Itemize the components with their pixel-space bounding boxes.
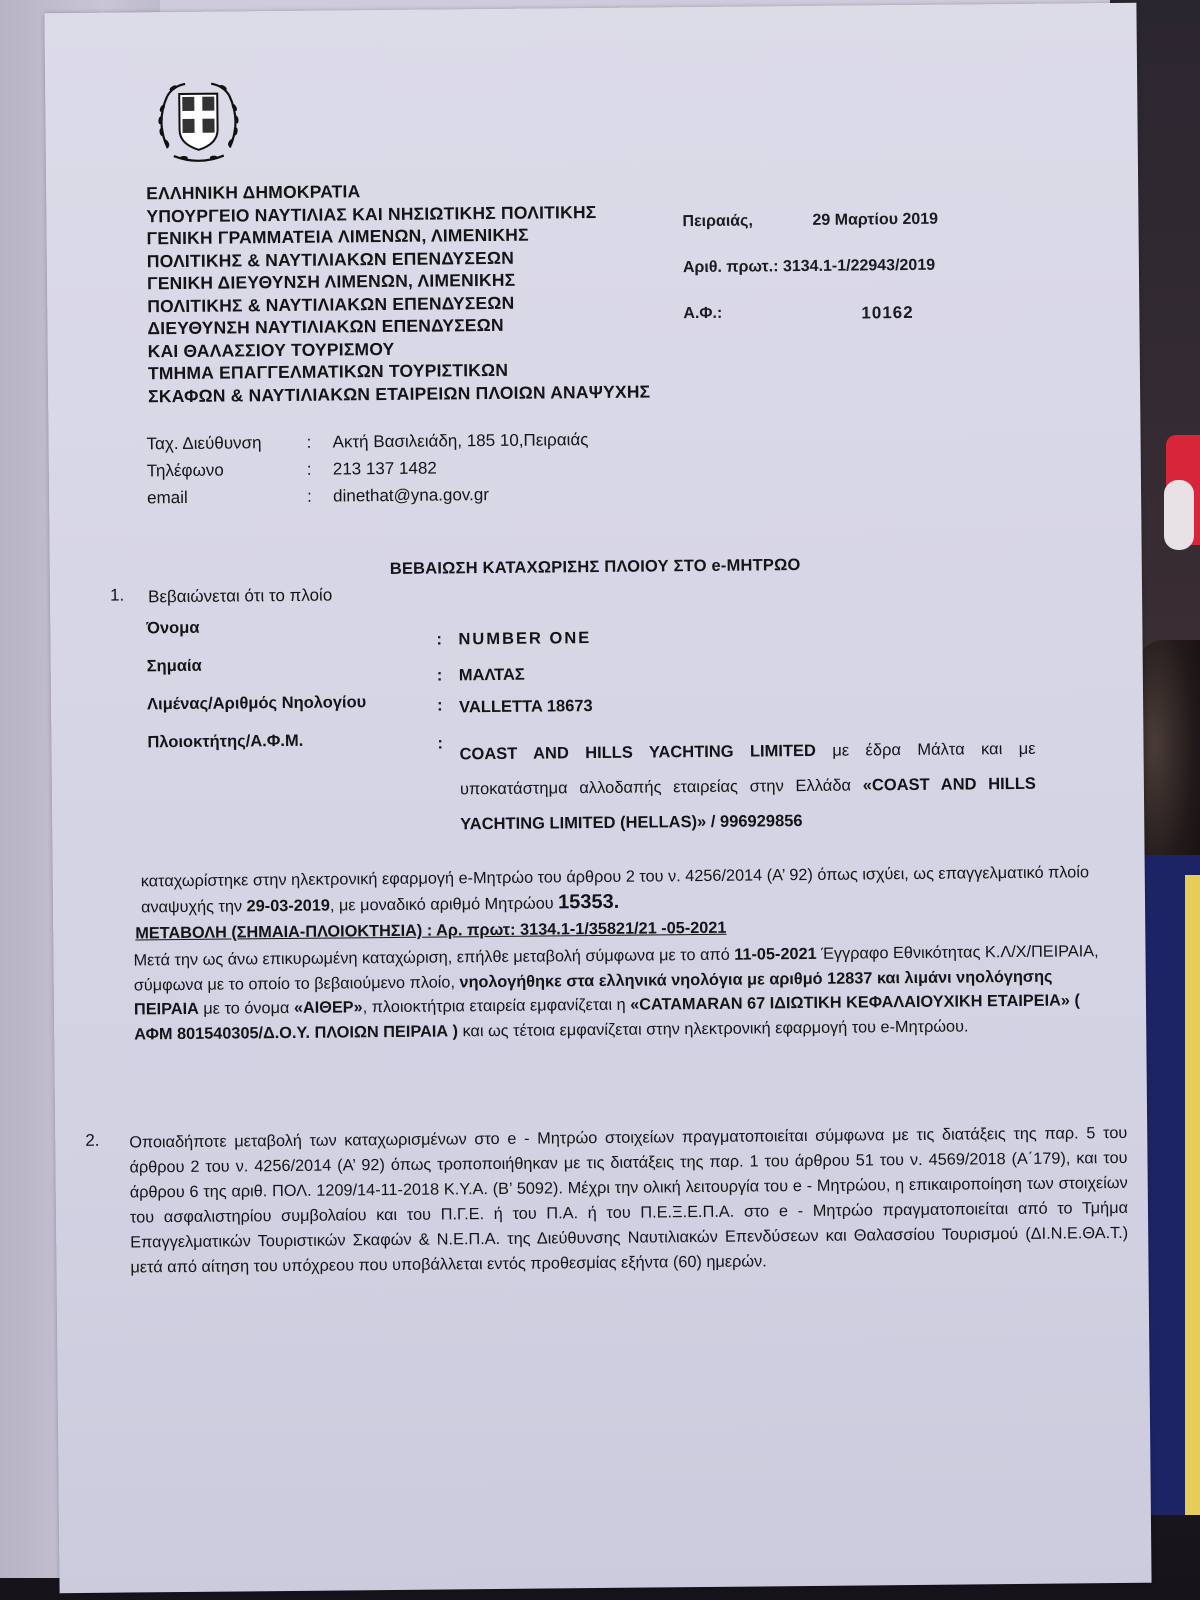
greek-coat-of-arms-icon: [153, 77, 244, 164]
text: , με μοναδικό αριθμό Μητρώου: [330, 894, 558, 914]
registry-number: 15353.: [558, 891, 619, 914]
contact-email: email : dinethat@yna.gov.gr: [147, 480, 589, 511]
af-value: 10162: [861, 303, 914, 349]
colon: :: [307, 483, 333, 510]
place: Πειραιάς,: [682, 212, 812, 259]
contact-label: email: [147, 483, 307, 512]
section-intro: Βεβαιώνεται ότι το πλοίο: [148, 586, 332, 608]
colon: :: [437, 696, 443, 715]
yellow-card: [1185, 875, 1200, 1515]
text: Μετά την ως άνω επικυρωμένη καταχώριση, …: [133, 946, 734, 970]
section-number: 1.: [110, 586, 124, 606]
change-doc-date: 11-05-2021: [734, 945, 817, 964]
document-page: ΕΛΛΗΝΙΚΗ ΔΗΜΟΚΡΑΤΙΑ ΥΠΟΥΡΓΕΙΟ ΝΑΥΤΙΛΙΑΣ …: [44, 3, 1151, 1593]
owner-value: COAST AND HILLS YACHTING LIMITED με έδρα…: [459, 732, 1036, 843]
contact-phone: Τηλέφωνο : 213 137 1482: [147, 453, 589, 484]
protocol-value: 3134.1-1/22943/2019: [783, 257, 936, 304]
section-number: 2.: [85, 1131, 99, 1151]
pen-cap: [1164, 480, 1194, 550]
section2-paragraph: Οποιαδήποτε μεταβολή των καταχωρισμένων …: [129, 1121, 1128, 1281]
protocol-label: Αριθ. πρωτ.:: [683, 258, 779, 305]
contact-value: Ακτή Βασιλειάδη, 185 10,Πειραιάς: [332, 426, 588, 455]
file-number: Α.Φ.: 10162: [683, 303, 939, 351]
contact-block: Ταχ. Διεύθυνση : Ακτή Βασιλειάδη, 185 10…: [146, 426, 589, 511]
field-label: Όνομα: [146, 619, 199, 639]
vessel-flag: ΜΑΛΤΑΣ: [459, 666, 525, 686]
field-label: Πλοιοκτήτης/Α.Φ.Μ.: [147, 732, 303, 752]
colon: :: [307, 456, 333, 483]
contact-address: Ταχ. Διεύθυνση : Ακτή Βασιλειάδη, 185 10…: [146, 426, 588, 457]
field-label: Λιμένας/Αριθμός Νηολογίου: [147, 693, 366, 714]
issue-date: 29 Μαρτίου 2019: [812, 211, 938, 258]
colon: :: [437, 666, 443, 685]
contact-label: Τηλέφωνο: [147, 456, 307, 485]
contact-value: 213 137 1482: [333, 455, 437, 483]
vessel-name: NUMBER ONE: [458, 629, 591, 649]
change-heading: ΜΕΤΑΒΟΛΗ (ΣΗΜΑΙΑ-ΠΛΟΙΟΚΤΗΣΙΑ) : Αρ. πρωτ…: [135, 919, 726, 944]
place-date: Πειραιάς, 29 Μαρτίου 2019: [682, 211, 938, 259]
colon: :: [306, 429, 332, 456]
field-label: Σημαία: [147, 657, 202, 677]
document-meta: Πειραιάς, 29 Μαρτίου 2019 Αριθ. πρωτ.: 3…: [682, 211, 939, 351]
af-label: Α.Φ.:: [683, 304, 813, 351]
protocol-number: Αριθ. πρωτ.: 3134.1-1/22943/2019: [683, 257, 939, 305]
contact-label: Ταχ. Διεύθυνση: [146, 429, 306, 458]
colon: :: [436, 630, 442, 649]
vessel-registry: VALLETTA 18673: [459, 697, 593, 717]
colon: :: [437, 734, 443, 753]
issuer-header: ΕΛΛΗΝΙΚΗ ΔΗΜΟΚΡΑΤΙΑ ΥΠΟΥΡΓΕΙΟ ΝΑΥΤΙΛΙΑΣ …: [146, 177, 650, 407]
header-line: ΥΠΟΥΡΓΕΙΟ ΝΑΥΤΙΛΙΑΣ ΚΑΙ ΝΗΣΙΩΤΙΚΗΣ ΠΟΛΙΤ…: [146, 200, 648, 227]
header-line: ΣΚΑΦΩΝ & ΝΑΥΤΙΛΙΑΚΩΝ ΕΤΑΙΡΕΙΩΝ ΠΛΟΙΩΝ ΑΝ…: [148, 380, 650, 407]
text: με το όνομα: [199, 999, 294, 1018]
new-vessel-name: «ΑΙΘΕΡ»: [294, 998, 363, 1017]
registration-paragraph: καταχωρίστηκε στην ηλεκτρονική εφαρμογή …: [141, 860, 1119, 920]
change-paragraph: Μετά την ως άνω επικυρωμένη καταχώριση, …: [133, 939, 1116, 1046]
contact-value: dinethat@yna.gov.gr: [333, 481, 489, 509]
owner-company: COAST AND HILLS YACHTING LIMITED: [459, 742, 816, 763]
text: , πλοιοκτήτρια εταιρεία εμφανίζεται η: [363, 996, 631, 1017]
document-title: ΒΕΒΑΙΩΣΗ ΚΑΤΑΧΩΡΙΣΗΣ ΠΛΟΙΟΥ ΣΤΟ e-ΜΗΤΡΩΟ: [390, 556, 801, 579]
vessel-fields: Όνομα : NUMBER ONE Σημαία : ΜΑΛΤΑΣ Λιμέν…: [146, 619, 147, 771]
text: και ως τέτοια εμφανίζεται στην ηλεκτρονι…: [458, 1017, 969, 1040]
registration-date: 29-03-2019: [247, 897, 330, 916]
